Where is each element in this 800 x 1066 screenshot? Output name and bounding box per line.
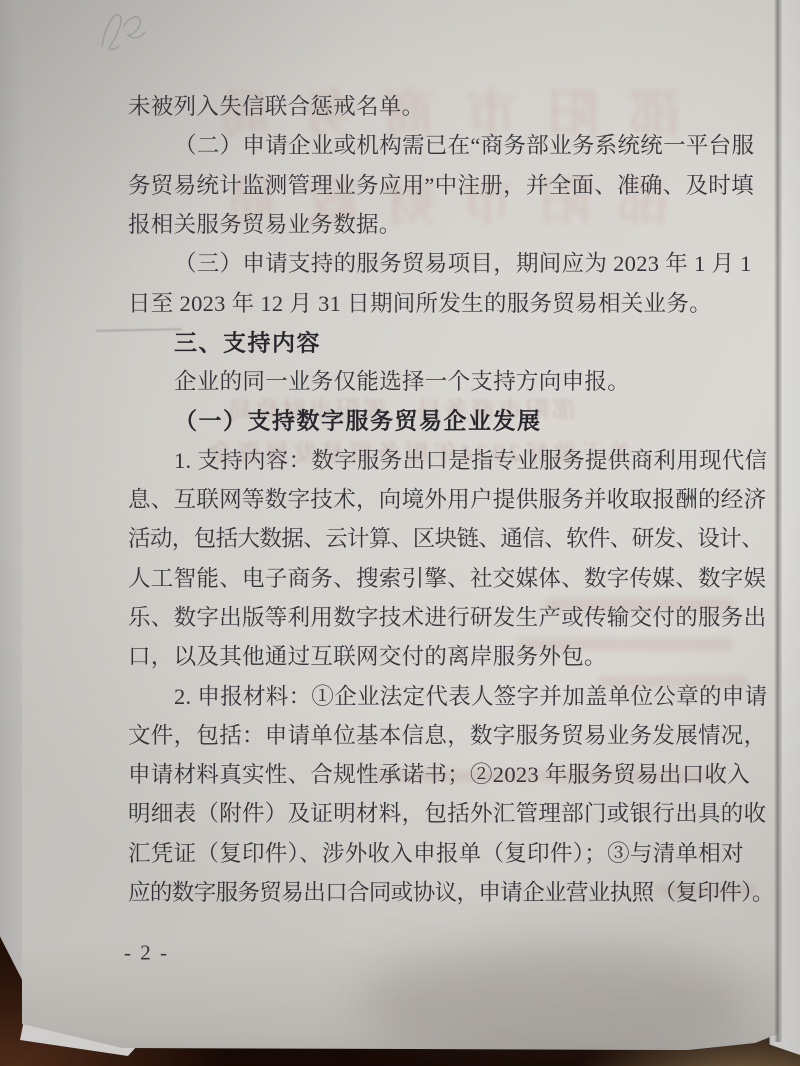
text-line: （二）申请企业或机构需已在“商务部业务系统统一平台服 (174, 128, 754, 160)
text-line: 息、互联网等数字技术，向境外用户提供服务并收取报酬的经济 (128, 482, 766, 514)
page-number: - 2 - (124, 941, 169, 966)
heading-line: 三、支持内容 (174, 324, 321, 357)
text-line: 口，以及其他通过互联网交付的离岸服务外包。 (128, 639, 607, 671)
text-line: 企业的同一业务仅能选择一个支持方向申报。 (174, 364, 630, 396)
text-line: 乐、数字出版等利用数字技术进行研发生产或传输交付的服务出 (128, 600, 766, 632)
text-line: 务贸易统计监测管理业务应用”中注册，并全面、准确、及时填 (128, 168, 754, 200)
text-line: 申请材料真实性、合规性承诺书；②2023 年服务贸易出口收入 (128, 757, 750, 789)
text-line: 文件，包括：申请单位基本信息，数字服务贸易业务发展情况， (128, 718, 766, 750)
text-line: 人工智能、电子商务、搜索引擎、社交媒体、数字传媒、数字娱 (128, 561, 766, 593)
document-text: 未被列入失信联合惩戒名单。（二）申请企业或机构需已在“商务部业务系统统一平台服务… (0, 0, 780, 1054)
text-line: 日至 2023 年 12 月 31 日期间所发生的服务贸易相关业务。 (128, 286, 712, 318)
text-line: 2. 申报材料：①企业法定代表人签字并加盖单位公章的申请 (174, 679, 767, 711)
text-line: 报相关服务贸易业务数据。 (128, 207, 402, 239)
text-line: 应的数字服务贸易出口合同或协议，申请企业营业执照（复印件）。 (128, 875, 774, 907)
heading-line: （一）支持数字服务贸易企业发展 (174, 403, 542, 436)
text-line: 活动，包括大数据、云计算、区块链、通信、软件、研发、设计、 (128, 521, 763, 553)
text-line: 1. 支持内容：数字服务出口是指专业服务提供商利用现代信 (174, 443, 767, 475)
text-line: 汇凭证（复印件）、涉外收入申报单（复印件）；③与清单相对 (128, 836, 744, 868)
photo-scene: 邵阳市商务局 邵阳市财政局 邵阳市商务局 邵阳市财政局 关于做好2024年服务贸… (0, 0, 800, 1066)
document-page: 邵阳市商务局 邵阳市财政局 邵阳市商务局 邵阳市财政局 关于做好2024年服务贸… (0, 0, 780, 1054)
text-line: 明细表（附件）及证明材料，包括外汇管理部门或银行出具的收 (128, 796, 766, 828)
text-line: 未被列入失信联合惩戒名单。 (128, 89, 424, 121)
text-line: （三）申请支持的服务贸易项目，期间应为 2023 年 1 月 1 (174, 246, 752, 278)
page-edge-seam (774, 0, 782, 1042)
